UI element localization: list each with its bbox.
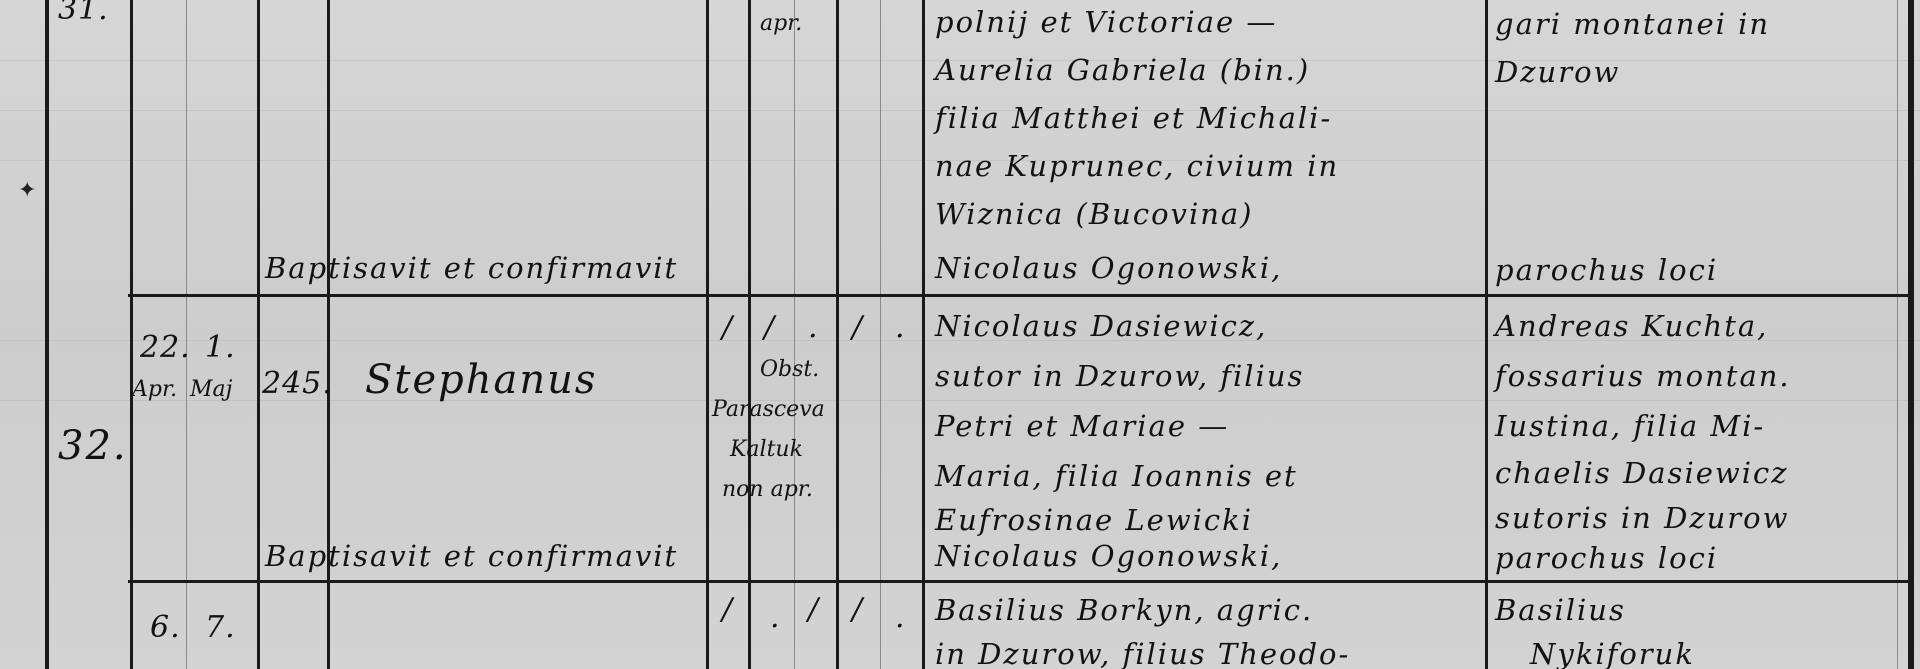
priest-name: Nicolaus Ogonowski, — [935, 538, 1282, 574]
godparents-line: chaelis Dasiewicz — [1495, 455, 1789, 491]
register-page: ✦ 31. apr. polnij et Victoriae — Aurelia… — [0, 0, 1920, 669]
priest-title: parochus loci — [1495, 540, 1718, 576]
parents-line: Eufrosinae Lewicki — [935, 502, 1253, 538]
column-rule — [880, 0, 881, 669]
mark: . — [895, 310, 906, 346]
parents-line: in Dzurow, filius Theodo- — [935, 636, 1350, 669]
godparents-line: fossarius montan. — [1495, 358, 1791, 394]
midwife-line: non apr. — [722, 472, 813, 508]
godparents-line: sutoris in Dzurow — [1495, 500, 1789, 536]
baptism-month: Maj — [190, 372, 232, 408]
godparents-line: Basilius — [1495, 592, 1626, 628]
birth-day: 6. — [150, 610, 181, 646]
column-rule — [794, 0, 795, 669]
midwife-status: apr. — [760, 6, 802, 42]
mark: / — [764, 310, 775, 346]
parents-line: Aurelia Gabriela (bin.) — [935, 52, 1310, 88]
margin-mark-icon: ✦ — [18, 180, 38, 210]
entry-number: 31. — [58, 0, 109, 28]
baptism-note: Baptisavit et confirmavit — [265, 538, 678, 574]
column-rule — [706, 0, 709, 669]
row-separator — [128, 294, 1910, 297]
entry-number: 32. — [58, 428, 128, 464]
godparents-line: Andreas Kuchta, — [1495, 308, 1768, 344]
birth-month: Apr. — [132, 372, 177, 408]
priest-title: parochus loci — [1495, 252, 1718, 288]
column-rule — [836, 0, 839, 669]
baptism-day: 1. — [205, 330, 236, 366]
midwife-line: Obst. — [760, 352, 819, 388]
parents-line: Wiznica (Bucovina) — [935, 196, 1254, 232]
godparents-line: Iustina, filia Mi- — [1495, 408, 1765, 444]
parents-line: filia Matthei et Michali- — [935, 100, 1332, 136]
row-separator — [128, 580, 1910, 583]
godparents-line: Dzurow — [1495, 54, 1620, 90]
parents-line: Maria, filia Ioannis et — [935, 458, 1298, 494]
column-rule — [922, 0, 925, 669]
parents-line: sutor in Dzurow, filius — [935, 358, 1304, 394]
godparents-line: gari montanei in — [1495, 6, 1770, 42]
parents-line: Nicolaus Dasiewicz, — [935, 308, 1267, 344]
column-rule — [748, 0, 751, 669]
column-rule — [130, 0, 133, 669]
midwife-line: Parasceva — [712, 392, 825, 428]
priest-name: Nicolaus Ogonowski, — [935, 250, 1282, 286]
mark: / — [852, 592, 863, 628]
column-rule — [257, 0, 260, 669]
baptism-day: 7. — [205, 610, 236, 646]
house-number: 245. — [262, 366, 333, 402]
mark: . — [808, 310, 819, 346]
mark: / — [852, 310, 863, 346]
baptism-note: Baptisavit et confirmavit — [265, 250, 678, 286]
child-name: Stephanus — [365, 362, 597, 398]
mark: / — [722, 310, 733, 346]
column-rule — [45, 0, 49, 669]
parents-line: nae Kuprunec, civium in — [935, 148, 1339, 184]
column-rule — [1897, 0, 1898, 669]
parents-line: Basilius Borkyn, agric. — [935, 592, 1313, 628]
mark: . — [770, 600, 781, 636]
godparents-line: Nykiforuk — [1530, 636, 1695, 669]
birth-day: 22. — [140, 330, 191, 366]
mark: / — [722, 592, 733, 628]
right-border — [1908, 0, 1914, 669]
midwife-line: Kaltuk — [730, 432, 803, 468]
mark: / — [808, 592, 819, 628]
mark: . — [895, 600, 906, 636]
parents-line: Petri et Mariae — — [935, 408, 1229, 444]
parents-line: polnij et Victoriae — — [935, 4, 1277, 40]
column-rule — [1485, 0, 1488, 669]
